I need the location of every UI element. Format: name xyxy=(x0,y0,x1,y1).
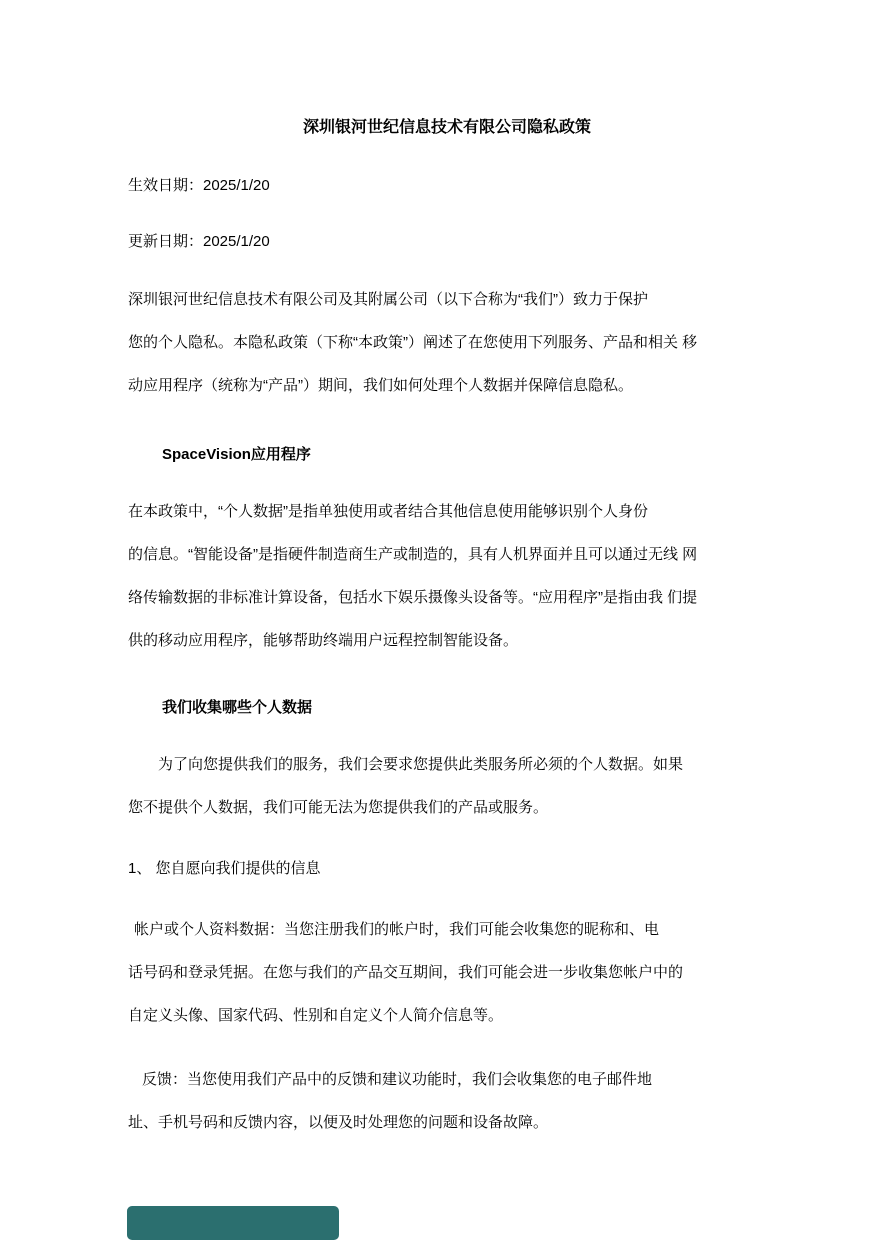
document-content: 深圳银河世纪信息技术有限公司隐私政策 生效日期：2025/1/20 更新日期：2… xyxy=(0,0,884,1144)
paragraph-line: 自定义头像、国家代码、性别和自定义个人简介信息等。 xyxy=(128,994,766,1037)
paragraph-line: 帐户或个人资料数据：当您注册我们的帐户时，我们可能会收集您的昵称和、电 xyxy=(128,908,766,951)
effective-date: 生效日期：2025/1/20 xyxy=(128,164,766,207)
paragraph-line: 在本政策中，“个人数据”是指单独使用或者结合其他信息使用能够识别个人身份 xyxy=(128,490,766,533)
data-collection-paragraph: 为了向您提供我们的服务，我们会要求您提供此类服务所必须的个人数据。如果 您不提供… xyxy=(128,743,766,829)
paragraph-line: 供的移动应用程序，能够帮助终端用户远程控制智能设备。 xyxy=(128,619,766,662)
spacevision-paragraph: 在本政策中，“个人数据”是指单独使用或者结合其他信息使用能够识别个人身份 的信息… xyxy=(128,490,766,662)
paragraph-line: 的信息。“智能设备”是指硬件制造商生产或制造的，具有人机界面并且可以通过无线 网 xyxy=(128,533,766,576)
section-heading-data-collection: 我们收集哪些个人数据 xyxy=(128,686,766,729)
paragraph-line: 动应用程序（统称为“产品”）期间，我们如何处理个人数据并保障信息隐私。 xyxy=(128,364,766,407)
paragraph-line: 为了向您提供我们的服务，我们会要求您提供此类服务所必须的个人数据。如果 xyxy=(128,743,766,786)
document-page: 深圳银河世纪信息技术有限公司隐私政策 生效日期：2025/1/20 更新日期：2… xyxy=(0,0,884,1250)
section-heading-spacevision: SpaceVision应用程序 xyxy=(128,433,766,476)
paragraph-line: 深圳银河世纪信息技术有限公司及其附属公司（以下合称为“我们”）致力于保护 xyxy=(128,278,766,321)
paragraph-line: 您不提供个人数据，我们可能无法为您提供我们的产品或服务。 xyxy=(128,786,766,829)
paragraph-line: 话号码和登录凭据。在您与我们的产品交互期间，我们可能会进一步收集您帐户中的 xyxy=(128,951,766,994)
intro-paragraph: 深圳银河世纪信息技术有限公司及其附属公司（以下合称为“我们”）致力于保护 您的个… xyxy=(128,278,766,407)
account-data-paragraph: 帐户或个人资料数据：当您注册我们的帐户时，我们可能会收集您的昵称和、电 话号码和… xyxy=(128,908,766,1037)
list-item-voluntary-info: 1、 您自愿向我们提供的信息 xyxy=(128,847,766,890)
paragraph-line: 您的个人隐私。本隐私政策（下称“本政策”）阐述了在您使用下列服务、产品和相关 移 xyxy=(128,321,766,364)
feedback-paragraph: 反馈：当您使用我们产品中的反馈和建议功能时，我们会收集您的电子邮件地 址、手机号… xyxy=(128,1058,766,1144)
updated-date: 更新日期：2025/1/20 xyxy=(128,220,766,263)
paragraph-line: 址、手机号码和反馈内容，以便及时处理您的问题和设备故障。 xyxy=(128,1101,766,1144)
paragraph-line: 络传输数据的非标准计算设备，包括水下娱乐摄像头设备等。“应用程序”是指由我 们提 xyxy=(128,576,766,619)
teal-accent-bar xyxy=(127,1206,339,1240)
paragraph-line: 反馈：当您使用我们产品中的反馈和建议功能时，我们会收集您的电子邮件地 xyxy=(128,1058,766,1101)
page-title: 深圳银河世纪信息技术有限公司隐私政策 xyxy=(128,106,766,149)
